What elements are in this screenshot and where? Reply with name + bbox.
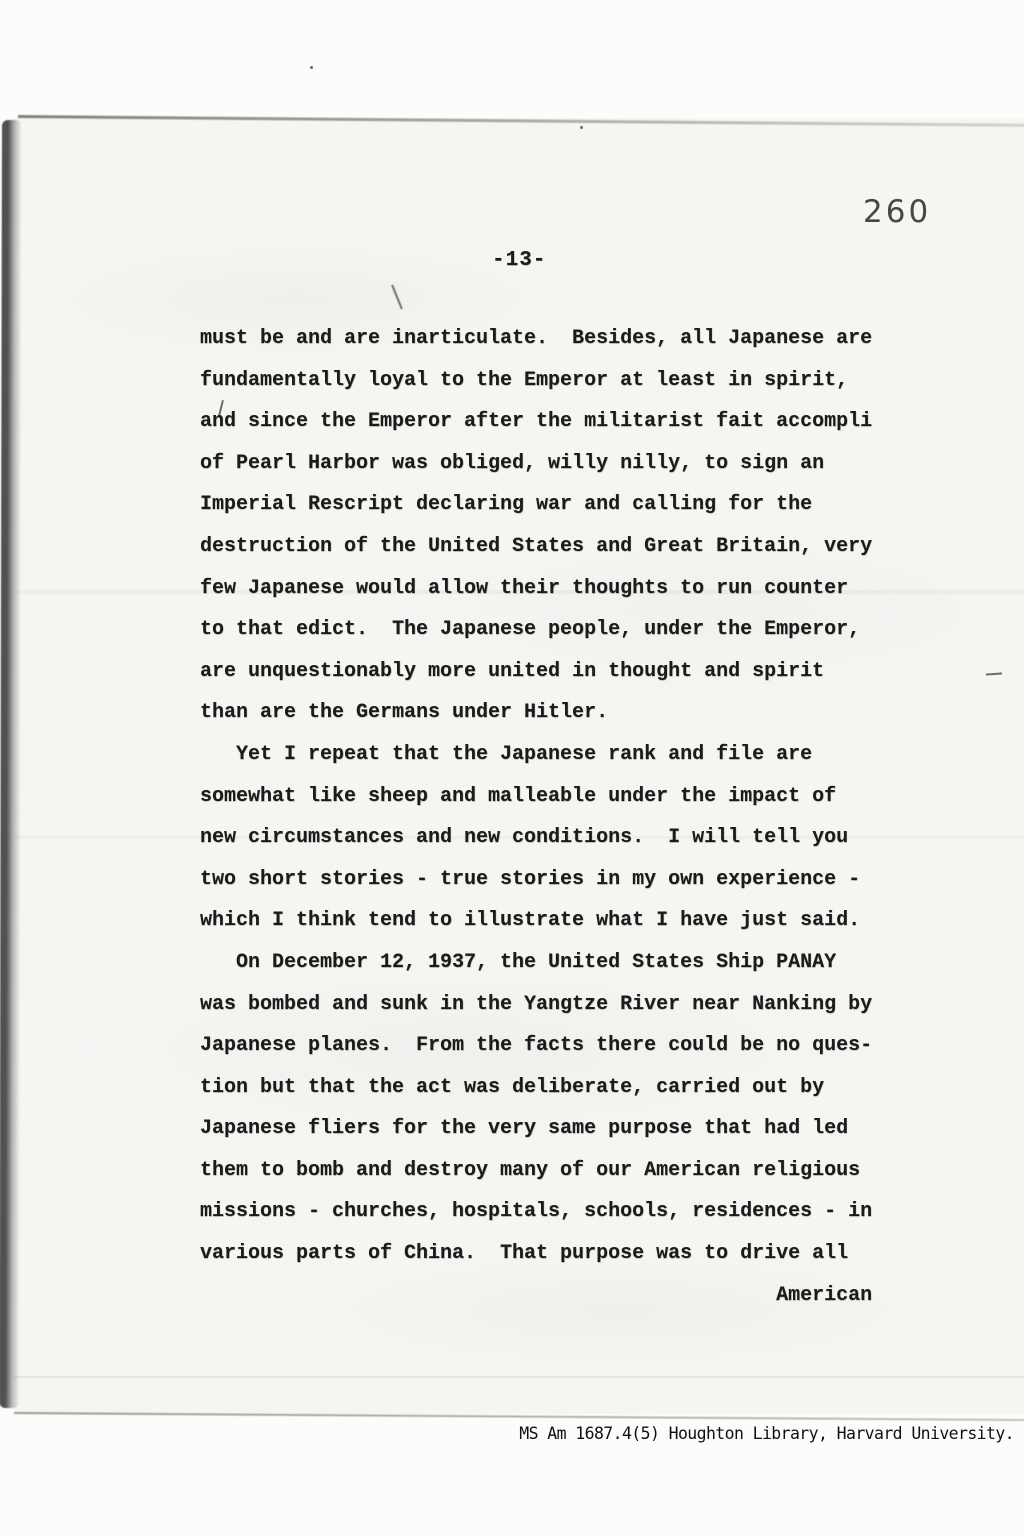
- text-line: destruction of the United States and Gre…: [200, 526, 940, 568]
- text-line: Imperial Rescript declaring war and call…: [200, 484, 940, 526]
- text-line: missions - churches, hospitals, schools,…: [200, 1191, 940, 1233]
- text-line: On December 12, 1937, the United States …: [200, 942, 940, 984]
- text-line: are unquestionably more united in though…: [200, 651, 940, 693]
- text-line: Yet I repeat that the Japanese rank and …: [200, 734, 940, 776]
- page-number: -13-: [492, 249, 546, 272]
- text-line: fundamentally loyal to the Emperor at le…: [200, 360, 940, 402]
- text-line: various parts of China. That purpose was…: [200, 1233, 940, 1275]
- scan-streak: [14, 1376, 1024, 1378]
- scan-artifact-mark: [391, 285, 403, 310]
- library-caption: MS Am 1687.4(5) Houghton Library, Harvar…: [519, 1424, 1014, 1443]
- text-line: tion but that the act was deliberate, ca…: [200, 1067, 940, 1109]
- page-bottom-edge: [14, 1412, 1024, 1421]
- document-page: 260 -13- must be and are inarticulate. B…: [14, 118, 1024, 1414]
- text-line: them to bomb and destroy many of our Ame…: [200, 1150, 940, 1192]
- typewritten-text-block: must be and are inarticulate. Besides, a…: [200, 318, 940, 1316]
- scanned-document-view: 260 -13- must be and are inarticulate. B…: [0, 0, 1024, 1536]
- scan-artifact-mark: [986, 672, 1002, 675]
- scan-artifact-speck: [310, 66, 313, 69]
- scan-artifact-speck: [580, 126, 583, 129]
- text-line: was bombed and sunk in the Yangtze River…: [200, 984, 940, 1026]
- text-line: Japanese fliers for the very same purpos…: [200, 1108, 940, 1150]
- text-line: of Pearl Harbor was obliged, willy nilly…: [200, 443, 940, 485]
- text-line: few Japanese would allow their thoughts …: [200, 568, 940, 610]
- folio-stamp-number: 260: [863, 194, 931, 230]
- text-line: new circumstances and new conditions. I …: [200, 817, 940, 859]
- text-line: which I think tend to illustrate what I …: [200, 900, 940, 942]
- text-line: somewhat like sheep and malleable under …: [200, 776, 940, 818]
- text-line: two short stories - true stories in my o…: [200, 859, 940, 901]
- text-line: American: [200, 1275, 940, 1317]
- page-left-edge-shadow: [0, 120, 22, 1408]
- text-line: to that edict. The Japanese people, unde…: [200, 609, 940, 651]
- page-top-edge: [18, 115, 1024, 127]
- text-line: must be and are inarticulate. Besides, a…: [200, 318, 940, 360]
- text-line: Japanese planes. From the facts there co…: [200, 1025, 940, 1067]
- text-line: and since the Emperor after the militari…: [200, 401, 940, 443]
- text-line: than are the Germans under Hitler.: [200, 692, 940, 734]
